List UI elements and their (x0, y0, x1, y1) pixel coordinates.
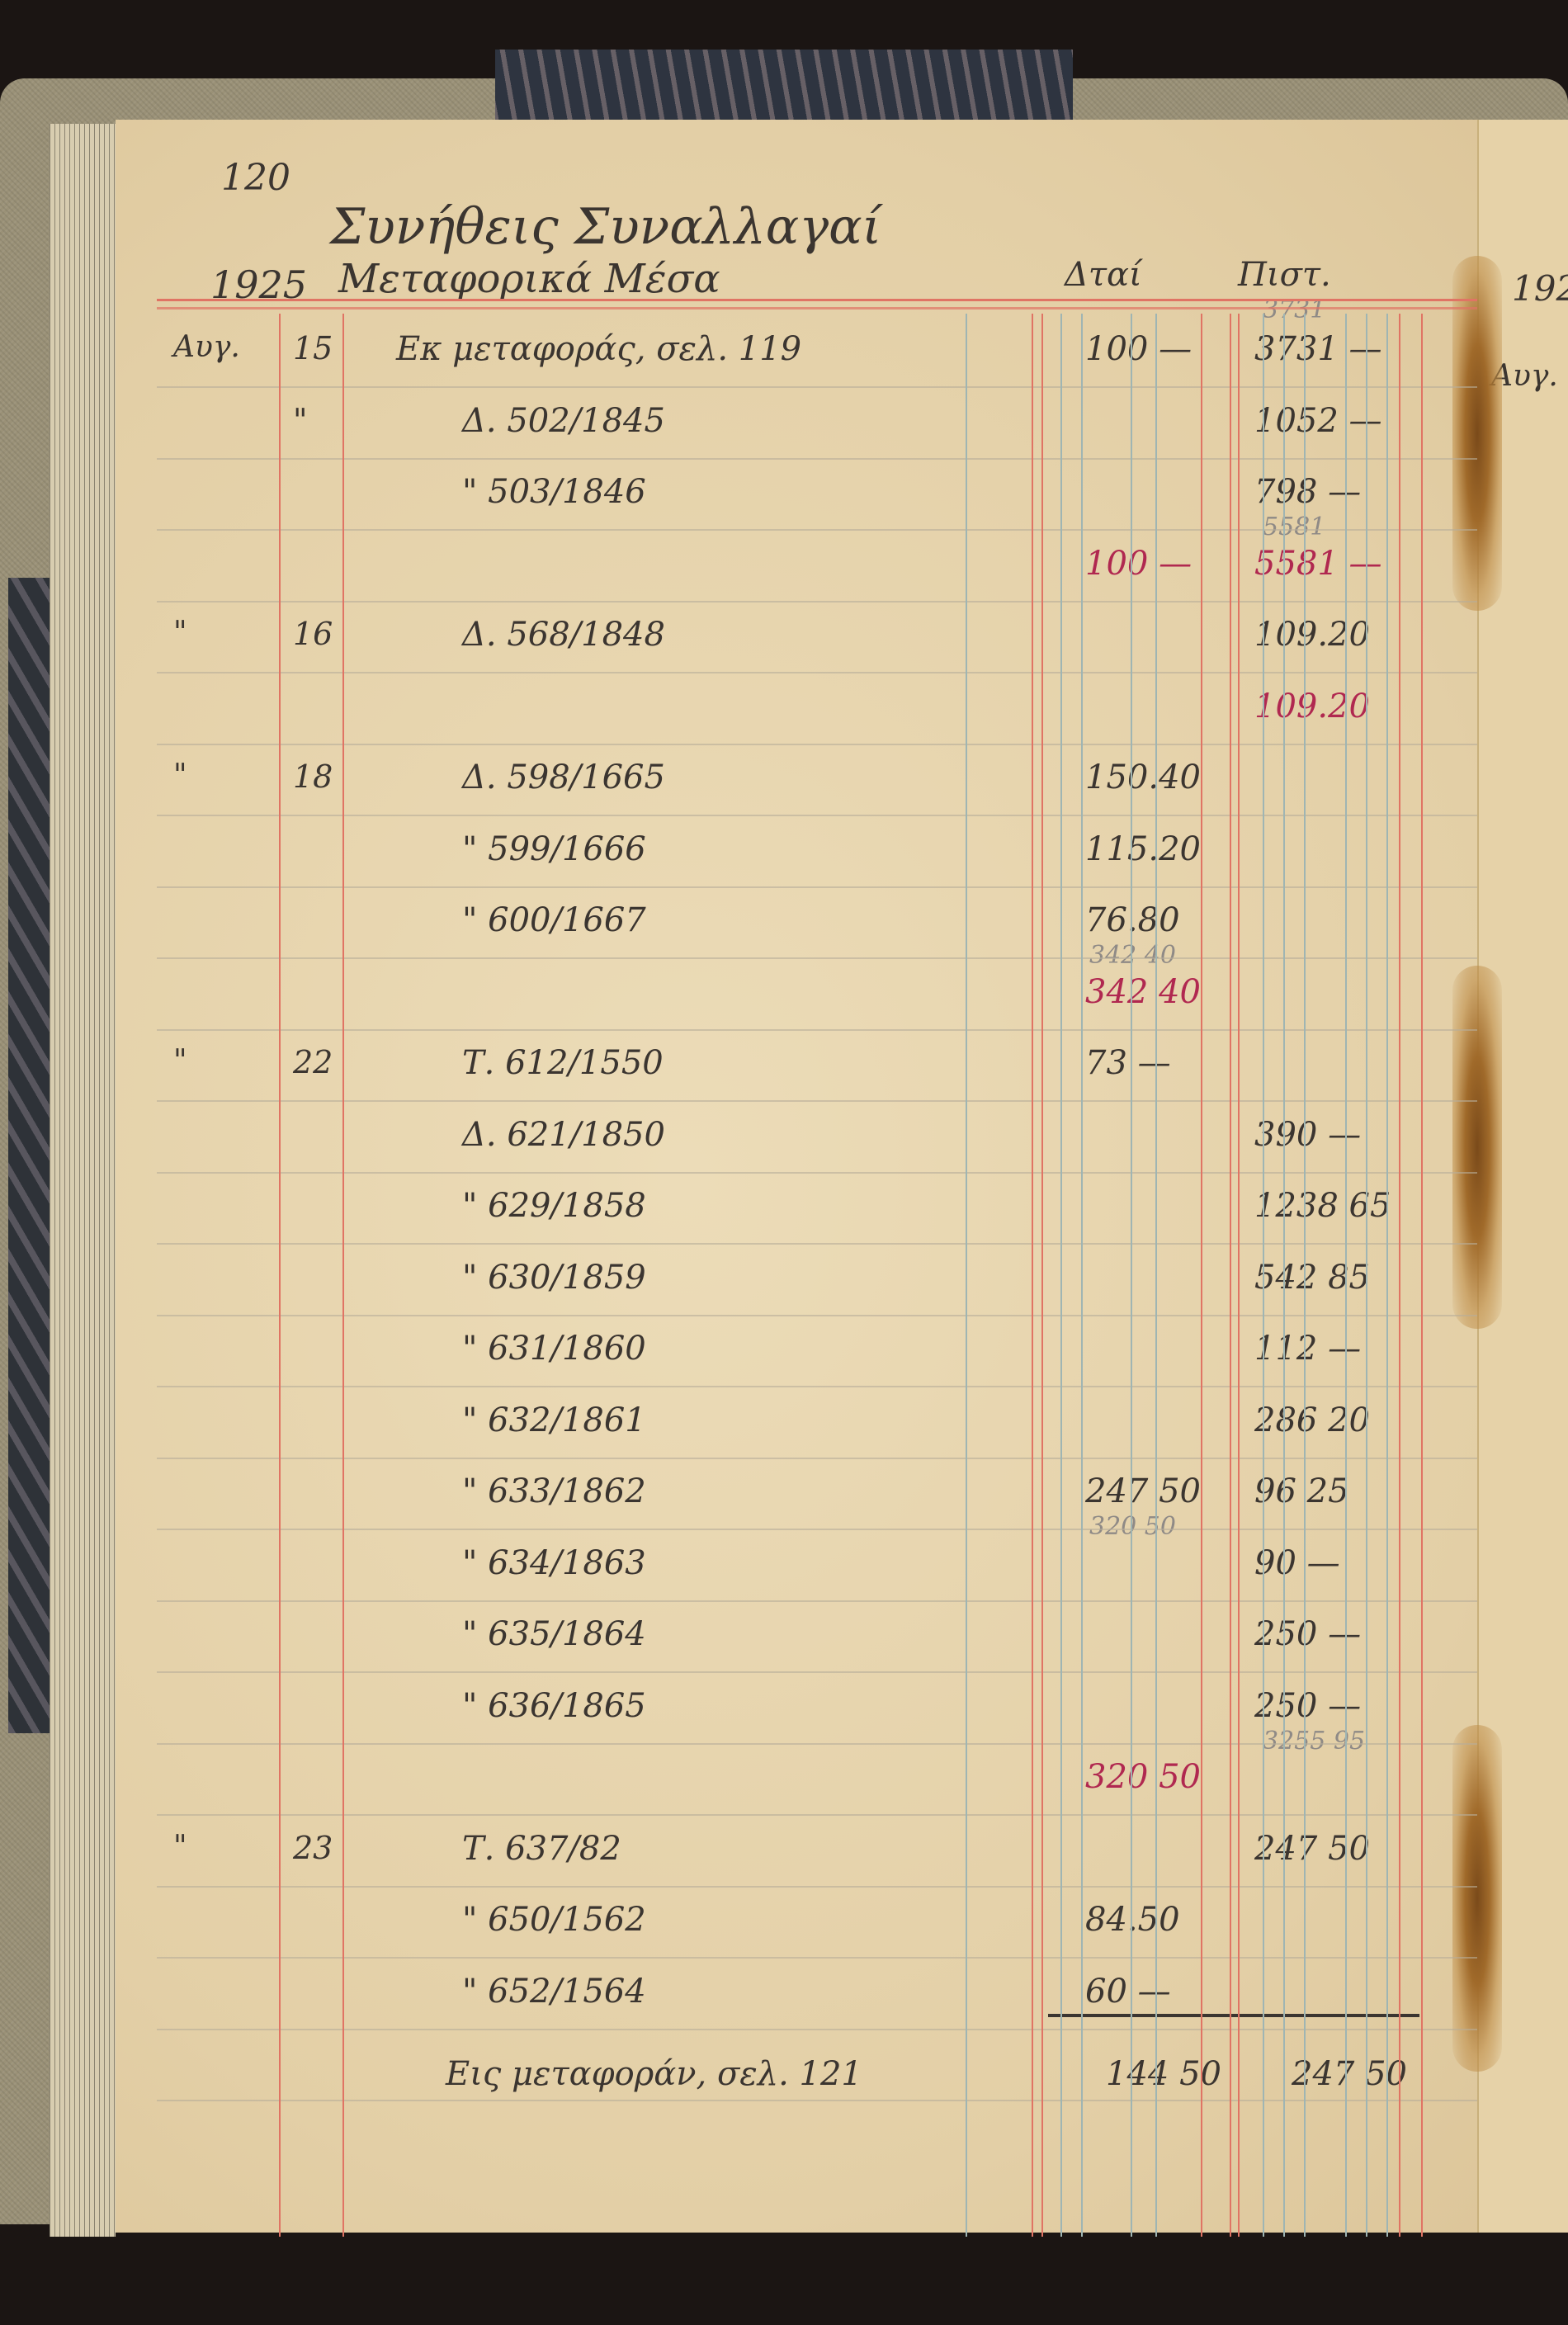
entry-credit: 90 — (1254, 1544, 1340, 1582)
entry-description: " 632/1861 (462, 1401, 646, 1439)
column-rule (1032, 314, 1033, 2237)
entry-credit: 109.20 (1254, 616, 1370, 654)
ruled-line (157, 957, 1477, 959)
entry-debit: 73 — (1085, 1044, 1171, 1082)
sub-column-rule (1366, 314, 1367, 2237)
ruled-line (157, 1243, 1477, 1245)
total-rule (1048, 2014, 1419, 2017)
ruled-line (157, 815, 1477, 816)
page-number: 120 (221, 157, 290, 199)
page-title: Συνήθεις Συναλλαγαί (330, 198, 881, 256)
binding-tape (495, 50, 1073, 128)
entry-credit: 5581 — (1254, 545, 1382, 583)
column-rule (1041, 314, 1043, 2237)
entry-description: Δ. 598/1665 (462, 758, 665, 796)
column-rule (342, 314, 344, 2237)
entry-debit: 60 — (1085, 1973, 1171, 2011)
entry-description: Τ. 637/82 (462, 1830, 621, 1868)
ruled-line (157, 2029, 1477, 2030)
header-rule (157, 307, 1477, 310)
ruled-line (157, 672, 1477, 673)
entry-month: " (173, 758, 187, 792)
entry-description: " 636/1865 (462, 1687, 646, 1725)
column-rule (1230, 314, 1231, 2237)
entry-debit: 84.50 (1085, 1901, 1180, 1939)
page-stack-edges (50, 124, 116, 2237)
entry-credit: 1052 — (1254, 402, 1382, 440)
entry-debit: 342 40 (1085, 973, 1201, 1011)
ruled-line (157, 1600, 1477, 1602)
debit-header: Δταί (1065, 256, 1142, 294)
ruled-line (157, 1029, 1477, 1031)
column-rule (279, 314, 281, 2237)
ruled-line (157, 2100, 1477, 2101)
carry-forward-label: Εις μεταφοράν, σελ. 121 (446, 2055, 862, 2093)
facing-page-year: 192 (1512, 268, 1568, 309)
entry-description: Εκ μεταφοράς, σελ. 119 (396, 330, 801, 368)
entry-description: " 629/1858 (462, 1187, 646, 1225)
sub-column-rule (1131, 314, 1132, 2237)
entry-day: 22 (293, 1044, 333, 1080)
entry-description: " 630/1859 (462, 1259, 646, 1297)
entry-debit: 247 50 (1085, 1472, 1201, 1510)
entry-credit: 247 50 (1254, 1830, 1370, 1868)
column-rule (1201, 314, 1202, 2237)
ruled-line (157, 386, 1477, 388)
entry-description: " 650/1562 (462, 1901, 646, 1939)
entry-description: " 599/1666 (462, 830, 646, 868)
column-rule (1399, 314, 1400, 2237)
entry-month: " (173, 1830, 187, 1864)
rust-stain (1452, 966, 1502, 1329)
ruled-line (157, 1100, 1477, 1102)
entry-description: Τ. 612/1550 (462, 1044, 664, 1082)
entry-debit: 115.20 (1085, 830, 1201, 868)
ruled-line (157, 1386, 1477, 1387)
entry-credit: 542 85 (1254, 1259, 1370, 1297)
column-rule (1238, 314, 1240, 2237)
pencil-subtotal: 320 50 (1089, 1512, 1176, 1541)
ruled-line (157, 1886, 1477, 1888)
ruled-line (157, 1957, 1477, 1959)
sub-column-rule (966, 314, 967, 2237)
entry-debit: 76.80 (1085, 901, 1180, 939)
sub-column-rule (1345, 314, 1347, 2237)
entry-day: 18 (293, 758, 333, 795)
entry-debit: 100 — (1085, 545, 1192, 583)
entry-debit: 100 — (1085, 330, 1192, 368)
credit-header: Πιστ. (1238, 256, 1331, 294)
ruled-line (157, 1814, 1477, 1816)
entry-debit: 320 50 (1085, 1758, 1201, 1796)
ruled-line (157, 886, 1477, 888)
page-subtitle: Μεταφορικά Μέσα (338, 256, 720, 302)
column-rule (1421, 314, 1423, 2237)
sub-column-rule (1081, 314, 1083, 2237)
sub-column-rule (1283, 314, 1285, 2237)
ruled-line (157, 1529, 1477, 1530)
carry-forward-credit: 247 50 (1292, 2055, 1407, 2093)
rust-stain (1452, 1725, 1502, 2072)
ruled-line (157, 1172, 1477, 1174)
entry-description: " 635/1864 (462, 1615, 646, 1653)
entry-description: Δ. 502/1845 (462, 402, 665, 440)
entry-credit: 3731 — (1254, 330, 1382, 368)
ruled-line (157, 529, 1477, 531)
entry-day: 15 (293, 330, 333, 366)
entry-description: " 600/1667 (462, 901, 646, 939)
ruled-line (157, 1458, 1477, 1459)
entry-credit: 96 25 (1254, 1472, 1349, 1510)
ruled-line (157, 1743, 1477, 1745)
sub-column-rule (1060, 314, 1062, 2237)
entry-description: " 503/1846 (462, 473, 646, 511)
pencil-subtotal: 342 40 (1089, 941, 1176, 970)
ruled-line (157, 601, 1477, 603)
entry-day: 23 (293, 1830, 333, 1866)
entry-credit: 109.20 (1254, 688, 1370, 725)
pencil-subtotal: 5581 (1263, 513, 1325, 541)
header-rule (157, 299, 1477, 301)
carry-forward-debit: 144 50 (1106, 2055, 1221, 2093)
entry-credit: 286 20 (1254, 1401, 1370, 1439)
entry-month: " (173, 1044, 187, 1078)
ruled-line (157, 744, 1477, 745)
entry-day: " (293, 402, 307, 438)
sub-column-rule (1304, 314, 1306, 2237)
entry-description: Δ. 621/1850 (462, 1116, 665, 1154)
entry-description: " 631/1860 (462, 1330, 646, 1368)
ruled-line (157, 1671, 1477, 1673)
entry-description: " 652/1564 (462, 1973, 646, 2011)
entry-description: " 633/1862 (462, 1472, 646, 1510)
entry-month: Αυγ. (173, 330, 240, 364)
entry-month: " (173, 616, 187, 650)
ruled-line (157, 1315, 1477, 1316)
entry-credit: 1238 65 (1254, 1187, 1391, 1225)
sub-column-rule (1263, 314, 1264, 2237)
ruled-line (157, 458, 1477, 460)
entry-description: " 634/1863 (462, 1544, 646, 1582)
sub-column-rule (1386, 314, 1388, 2237)
entry-day: 16 (293, 616, 333, 652)
entry-debit: 150.40 (1085, 758, 1201, 796)
entry-description: Δ. 568/1848 (462, 616, 665, 654)
sub-column-rule (1155, 314, 1157, 2237)
pencil-subtotal: 3255 95 (1263, 1727, 1365, 1756)
